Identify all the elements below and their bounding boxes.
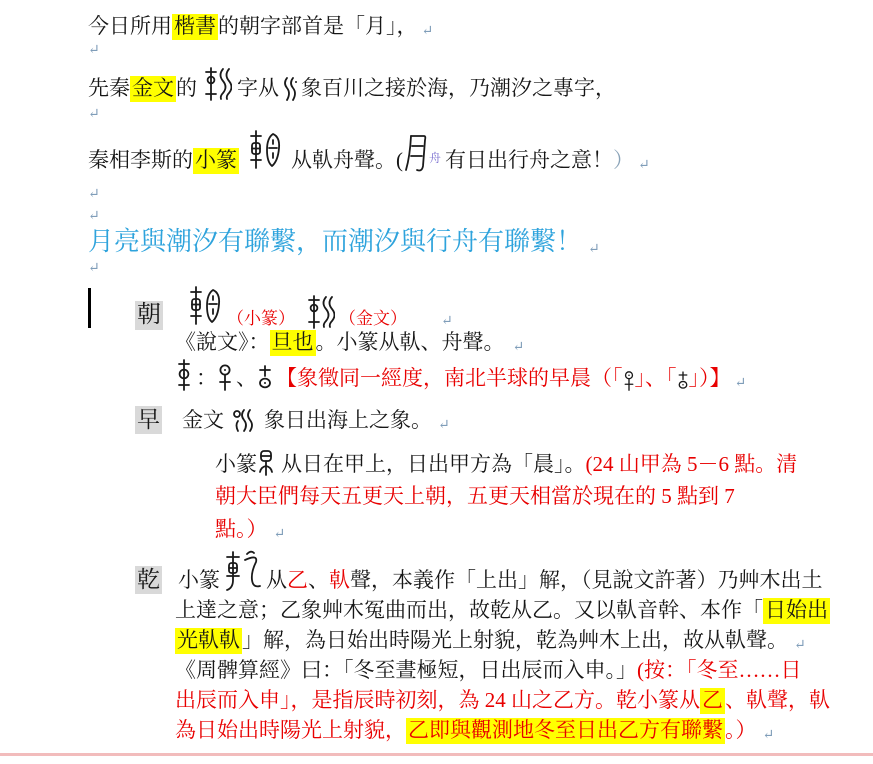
text-run: 象百川之接於海，乃潮汐之專字， xyxy=(301,76,616,102)
text-line: ↵ xyxy=(88,106,100,123)
text-run: 聲，本義作「上出」解，（見說文許著）乃艸木出土 xyxy=(350,568,823,594)
text-run: 乙 xyxy=(700,688,725,714)
jinwen-water-glyph xyxy=(282,76,298,102)
text-run: 日始出 xyxy=(763,598,830,624)
paragraph-mark: ↵ xyxy=(422,23,434,40)
yue-moon-glyph xyxy=(403,132,429,174)
seal-gu-glyph xyxy=(257,364,273,392)
text-run: 」）】 xyxy=(689,366,731,392)
text-run: （小篆） xyxy=(227,309,295,330)
xiaozhuan-chao-glyph xyxy=(247,128,283,174)
jinwen-chao-glyph xyxy=(305,294,335,330)
text-run: 、 xyxy=(308,568,329,594)
text-line: 出辰而入申」，是指辰時初刻，為 24 山之乙方。乾小篆从乙、倝聲，倝 xyxy=(175,688,830,714)
text-run: 舟 xyxy=(429,151,441,166)
text-run: 。） xyxy=(725,718,757,744)
paragraph-mark: ↵ xyxy=(438,417,450,434)
text-line: 小篆从日在甲上，日出甲方為「晨」。(24 山甲為 5－6 點。清 xyxy=(215,448,797,478)
paragraph-mark: ↵ xyxy=(88,260,100,277)
text-line: 點。）↵ xyxy=(215,517,285,543)
text-line: ：、【象徵同一經度，南北半球的早晨（「」、「」）】↵ xyxy=(175,358,746,392)
text-run: 旦也 xyxy=(270,330,316,356)
jinwen-chao-glyph xyxy=(202,66,232,102)
paragraph-mark: ↵ xyxy=(441,313,453,330)
document-page: 今日所用楷書的朝字部首是「月」，↵↵先秦金文的字从象百川之接於海，乃潮汐之專字，… xyxy=(0,0,873,764)
paragraph-mark: ↵ xyxy=(88,106,100,123)
text-run: 」、「 xyxy=(635,366,677,392)
text-line: 上達之意；乙象艸木冤曲而出，故乾从乙。又以倝音幹、本作「日始出 xyxy=(175,598,830,624)
text-line: ↵ xyxy=(88,208,100,225)
text-run: 先秦 xyxy=(88,76,130,102)
text-run: 點。） xyxy=(215,517,268,543)
text-run: 从倝舟聲。( xyxy=(291,148,403,174)
text-cursor[interactable] xyxy=(88,288,91,328)
text-run: (按：「冬至……日 xyxy=(637,658,802,684)
seal-zao-glyph xyxy=(217,362,233,392)
text-run: 今日所用 xyxy=(88,14,172,40)
text-run: 楷書 xyxy=(172,14,218,40)
xiaozhuan-chao-glyph xyxy=(187,284,223,330)
text-line: ↵ xyxy=(88,42,100,59)
text-run: 早 xyxy=(135,406,162,434)
paragraph-mark: ↵ xyxy=(88,42,100,59)
xiaozhuan-zao-glyph xyxy=(257,448,275,478)
text-run: 《周髀算經》曰：「冬至晝極短，日出辰而入申。」 xyxy=(175,658,637,684)
text-run: 【象徵同一經度，南北半球的早晨（「 xyxy=(276,366,623,392)
text-run: 乾 xyxy=(135,566,162,594)
xiaozhuan-qian-glyph xyxy=(220,548,264,594)
text-line: 月亮與潮汐有聯繫，而潮汐與行舟有聯繫！↵ xyxy=(88,226,600,258)
text-run: （金文） xyxy=(339,309,407,330)
paragraph-mark: ↵ xyxy=(638,157,650,174)
text-run: 小篆 xyxy=(215,452,257,478)
text-line: 先秦金文的字从象百川之接於海，乃潮汐之專字， xyxy=(88,66,616,102)
text-line: 乾小篆从乙、倝聲，本義作「上出」解，（見說文許著）乃艸木出土 xyxy=(135,548,823,594)
text-run: 字从 xyxy=(237,76,279,102)
paragraph-mark: ↵ xyxy=(513,339,525,356)
text-run: 為日始出時陽光上射貌， xyxy=(175,718,406,744)
seal-zhuan-glyph xyxy=(175,358,193,392)
text-run: 出辰而入申」，是指辰時初刻，為 24 山之乙方。乾小篆从 xyxy=(175,688,700,714)
text-run: 朝 xyxy=(135,301,163,330)
text-run: 小篆 xyxy=(193,148,239,174)
text-line: 《周髀算經》曰：「冬至晝極短，日出辰而入申。」(按：「冬至……日 xyxy=(175,658,802,684)
paragraph-mark: ↵ xyxy=(735,375,747,392)
paragraph-mark: ↵ xyxy=(794,637,806,654)
seal-zao-glyph xyxy=(623,369,635,392)
text-line: 朝大臣們每天五更天上朝，五更天相當於現在的 5 點到 7 xyxy=(215,484,735,510)
text-run: 小篆 xyxy=(178,568,220,594)
text-run: 朝大臣們每天五更天上朝，五更天相當於現在的 5 點到 7 xyxy=(215,484,735,510)
text-line: ↵ xyxy=(88,186,100,203)
text-line: 《說文》：旦也。小篆从倝、舟聲。↵ xyxy=(175,330,524,356)
paragraph-mark: ↵ xyxy=(763,727,775,744)
text-run: 月亮與潮汐有聯繫，而潮汐與行舟有聯繫！ xyxy=(88,226,582,258)
paragraph-mark: ↵ xyxy=(88,186,100,203)
text-run: 从 xyxy=(266,568,287,594)
text-run: 乙即與觀測地冬至日出乙方有聯繫 xyxy=(406,718,725,744)
page-boundary-rule xyxy=(0,753,873,756)
jinwen-zao-glyph xyxy=(232,408,254,434)
text-run: 乙 xyxy=(287,568,308,594)
text-run: 光倝倝 xyxy=(175,628,242,654)
text-line: 早金文象日出海上之象。↵ xyxy=(135,406,450,434)
text-run: 《說文》： xyxy=(175,330,270,356)
text-run: 象日出海上之象。 xyxy=(264,408,432,434)
text-run: (24 山甲為 5－6 點。清 xyxy=(586,452,798,478)
text-line: 光倝倝」解，為日始出時陽光上射貌，乾為艸木上出，故从倝聲。↵ xyxy=(175,628,806,654)
text-line: 為日始出時陽光上射貌，乙即與觀測地冬至日出乙方有聯繫。）↵ xyxy=(175,718,774,744)
text-line: ↵ xyxy=(88,260,100,277)
paragraph-mark: ↵ xyxy=(588,241,600,258)
text-run: 、倝聲，倝 xyxy=(725,688,830,714)
text-line: 朝（小篆）（金文）↵ xyxy=(135,284,453,330)
text-run: 从日在甲上，日出甲方為「晨」。 xyxy=(281,452,586,478)
text-run: 、 xyxy=(236,366,257,392)
seal-gu-glyph xyxy=(677,370,689,392)
text-run: ： xyxy=(196,366,217,392)
paragraph-mark: ↵ xyxy=(88,208,100,225)
text-run: 的朝字部首是「月」， xyxy=(218,14,418,40)
text-run: 金文 xyxy=(182,408,224,434)
text-run: 的 xyxy=(176,76,197,102)
text-run: 。小篆从倝、舟聲。 xyxy=(316,330,505,356)
text-run: 秦相李斯的 xyxy=(88,148,193,174)
text-line: 今日所用楷書的朝字部首是「月」，↵ xyxy=(88,14,433,40)
text-run: ） xyxy=(613,148,634,174)
text-run: 倝 xyxy=(329,568,350,594)
text-run: 金文 xyxy=(130,76,176,102)
paragraph-mark: ↵ xyxy=(274,526,286,543)
text-run: 有日出行舟之意！ xyxy=(445,148,613,174)
text-line: 秦相李斯的小篆从倝舟聲。(舟有日出行舟之意！）↵ xyxy=(88,128,650,174)
text-run: 」解，為日始出時陽光上射貌，乾為艸木上出，故从倝聲。 xyxy=(242,628,788,654)
text-run: 上達之意；乙象艸木冤曲而出，故乾从乙。又以倝音幹、本作「 xyxy=(175,598,763,624)
